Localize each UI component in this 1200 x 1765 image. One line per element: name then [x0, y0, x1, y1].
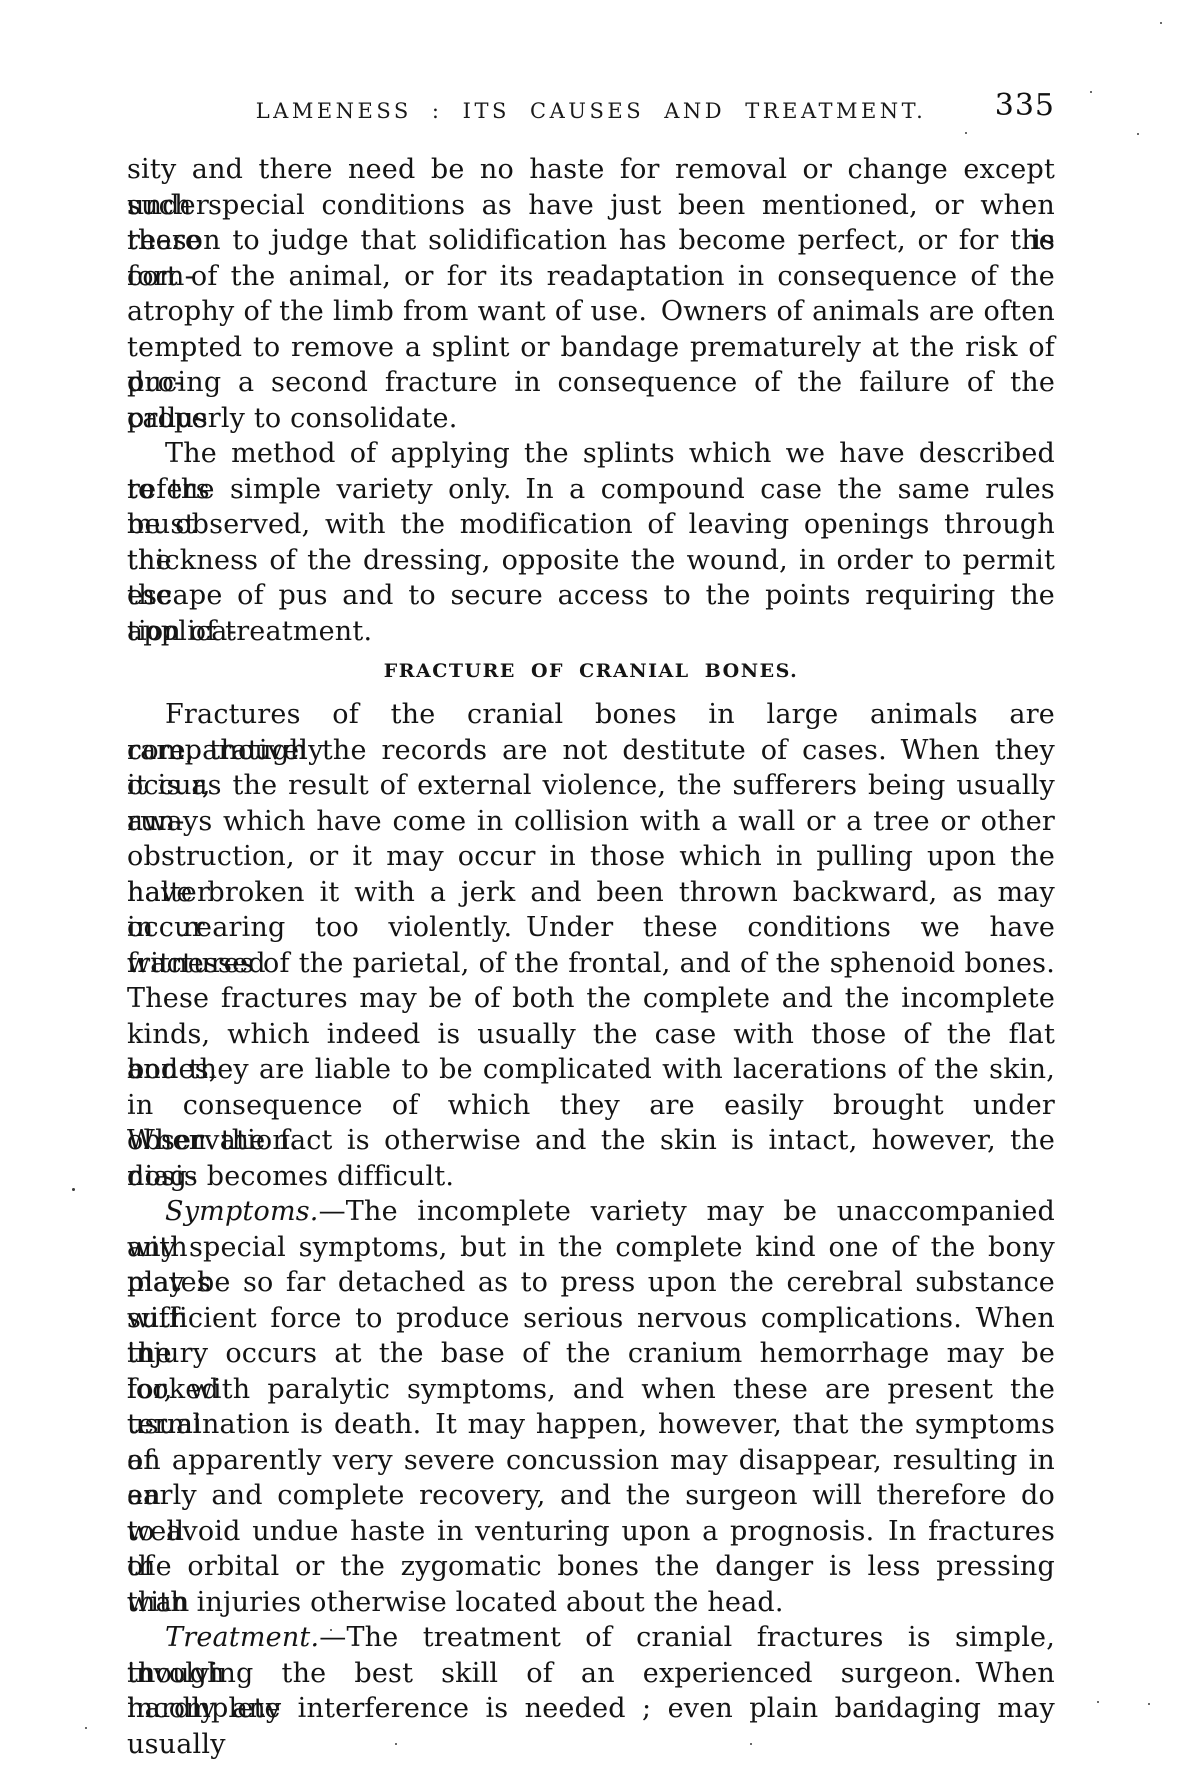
text-line: reason to judge that solidification has … — [127, 223, 1055, 259]
text-line: be observed, with the modification of le… — [127, 507, 1055, 543]
text-line: an apparently very severe concussion may… — [127, 1443, 1055, 1479]
text-line: termination is death. It may happen, how… — [127, 1407, 1055, 1443]
body-text: sity and there need be no haste for remo… — [127, 152, 1055, 1727]
text-line: in rearing too violently. Under these co… — [127, 910, 1055, 946]
text-line: injury occurs at the base of the cranium… — [127, 1336, 1055, 1372]
text-line: kinds, which indeed is usually the case … — [127, 1017, 1055, 1053]
text-line: any special symptoms, but in the complet… — [127, 1230, 1055, 1266]
text-line: the orbital or the zygomatic bones the d… — [127, 1549, 1055, 1585]
text-line: tempted to remove a splint or bandage pr… — [127, 330, 1055, 366]
running-head: LAMENESS : ITS CAUSES AND TREATMENT. 335 — [127, 96, 1055, 132]
text-line: Treatment.—The treatment of cranial frac… — [127, 1620, 1055, 1656]
italic-lead: Symptoms. — [165, 1196, 319, 1227]
text-line: thickness of the dressing, opposite the … — [127, 543, 1055, 579]
text-line: to the simple variety only. In a compoun… — [127, 472, 1055, 508]
text-line: The method of applying the splints which… — [127, 436, 1055, 472]
text-line: may be so far detached as to press upon … — [127, 1265, 1055, 1301]
text-line: it is as the result of external violence… — [127, 768, 1055, 804]
text-line: early and complete recovery, and the sur… — [127, 1478, 1055, 1514]
text-line: Fractures of the cranial bones in large … — [127, 697, 1055, 733]
text-line: These fractures may be of both the compl… — [127, 981, 1055, 1017]
page-number: 335 — [995, 88, 1055, 123]
text-line: ducing a second fracture in consequence … — [127, 365, 1055, 401]
scan-speck — [330, 1629, 332, 1631]
text-line: fort of the animal, or for its readaptat… — [127, 259, 1055, 295]
scan-speck — [750, 1743, 752, 1745]
scan-speck — [395, 1743, 397, 1745]
scan-speck — [1090, 91, 1092, 93]
scan-speck — [965, 132, 967, 134]
text-line: and they are liable to be complicated wi… — [127, 1052, 1055, 1088]
text-line: Symptoms.—The incomplete variety may be … — [127, 1194, 1055, 1230]
scan-speck — [1097, 1701, 1099, 1703]
running-title: LAMENESS : ITS CAUSES AND TREATMENT. — [127, 96, 1055, 126]
text-line: in consequence of which they are easily … — [127, 1088, 1055, 1124]
text-line: sity and there need be no haste for remo… — [127, 152, 1055, 188]
scan-speck — [85, 1727, 87, 1729]
scanned-book-page: LAMENESS : ITS CAUSES AND TREATMENT. 335… — [0, 0, 1200, 1765]
text-line: have broken it with a jerk and been thro… — [127, 875, 1055, 911]
text-line: involving the best skill of an experienc… — [127, 1656, 1055, 1692]
text-line: When the fact is otherwise and the skin … — [127, 1123, 1055, 1159]
text-line: such special conditions as have just bee… — [127, 188, 1055, 224]
text-line: rare, though the records are not destitu… — [127, 733, 1055, 769]
text-line: fractures of the parietal, of the fronta… — [127, 946, 1055, 982]
scan-speck — [1160, 22, 1162, 24]
scan-speck — [880, 1700, 883, 1703]
text-line: obstruction, or it may occur in those wh… — [127, 839, 1055, 875]
text-line: to avoid undue haste in venturing upon a… — [127, 1514, 1055, 1550]
text-line: sufficient force to produce serious nerv… — [127, 1301, 1055, 1337]
scan-speck — [72, 1188, 75, 1191]
text-line: hardly any interference is needed ; even… — [127, 1691, 1055, 1727]
scan-speck — [1137, 133, 1139, 135]
italic-lead: Treatment. — [165, 1622, 319, 1653]
scan-speck — [1148, 1703, 1150, 1705]
text-line: aways which have come in collision with … — [127, 804, 1055, 840]
text-line: atrophy of the limb from want of use. Ow… — [127, 294, 1055, 330]
text-line: escape of pus and to secure access to th… — [127, 578, 1055, 614]
text-line: for, with paralytic symptoms, and when t… — [127, 1372, 1055, 1408]
